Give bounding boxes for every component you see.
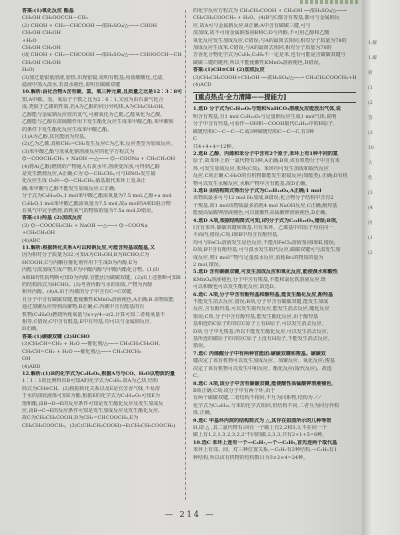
text-line: (4)ACD <box>193 82 356 89</box>
text-line: 决定了该有机物可以发生中和反应、酯化反应(取代反应)。故选 <box>193 366 356 373</box>
text-line: CH₂OH CH₂OH <box>22 60 182 67</box>
text-line: OH <box>22 356 182 363</box>
text-line: Ⅰ含有苯环,碳碳双键和羰基,只有苯环、乙烯基中的原子均在同一 <box>193 225 356 232</box>
text-line: 12.解析:(1)B的化学式为C₂H₂O₂,根据A与与CO、H₂O以物质的量 <box>22 371 182 378</box>
text-line: CH₂OH CH₂OH <box>22 30 182 37</box>
text-line: 机物(C₃H₄O)燃烧所耗氧量与x+y/4−z/2,计算可知二者耗氧量不 <box>22 312 182 319</box>
text-line: 是发生燃烧反应,A正确;C为 ⌬—CH₂CH₃,可与HNO₃发生硝 <box>22 171 182 178</box>
text-line: 8.选C A项,该分子中含有碳碳双键,能使酸性高锰酸钾溶液褪色, <box>193 381 356 388</box>
text-line: (或 CHOH + CH₂—CHCOOH ──浓H₂SO₄/△──→ CHOOC… <box>22 52 182 59</box>
text-line: D项,Ⅱ中含有酚羟基,可与溴水发生取代反应,碳碳双键可与溴发生加 <box>193 247 356 254</box>
text-line: C。 <box>193 373 356 380</box>
right-column: 的化学反应方程式为 CH₃CH₂COOH + CH₃OH ──浓H₂SO₄/△─… <box>193 8 356 462</box>
margin-text: 答 <box>368 115 398 122</box>
text-line: 原子,故苯环上的一氯代物有3种,A正确;B项,该有机物分子中含有苯 <box>193 158 356 165</box>
text-line: 碳上有1,2,1,3,2,3,2,2'不同的碳,2,3,3,共有2+1+5=8种… <box>193 432 356 439</box>
text-line: (3) ⌬—COOCH₂CH₃ + NaOH ──△──→ ⌬—COONa <box>22 223 182 230</box>
text-line: 成反应,则1 mol产物与足量溴水反应,消耗Br₂的物质的量为 <box>193 255 356 262</box>
text-line: 应,故A可与金属钠反应;B正确;A中含有碳碳三键,可与 <box>193 23 356 30</box>
text-line: CH₃CH₂COOCH₃。(3)C(CH₃CH₂COOH)→E(CH₃CH₂CO… <box>22 423 182 430</box>
text-line: (2) CHOH + CH₂—CHCOOH ──浓H₂SO₄/△──→ CHOH <box>22 23 182 30</box>
section-heading: [重点热点·全力清障——提能力] <box>193 92 356 103</box>
text-line: CH₃CH=CH₂ + H₂O ──催化剂/△──→ CH₃CHCH₃ <box>22 349 182 356</box>
text-line: +H₂O <box>22 38 182 45</box>
text-line: 知,A中碳、氢、氧原子个数之比为2∶6∶1,又因为由石油气化合 <box>22 97 182 104</box>
text-line: 的结构简式为HCHO。(3)考查丙醇与水的加成,产物为丙醇 <box>22 282 182 289</box>
text-line: 确;苯甲酸与乙醇不能发生加成反应,C正确; <box>22 186 182 193</box>
margin-text: (4 <box>368 205 398 212</box>
text-line: 有两个碳碳双键,二者结构不相同,不互为同系物,结构为 ⟋⟋ <box>193 395 356 402</box>
text-line: 6.选C A项,分子中含有酚羟基和醇羟基,能发生酯化反应,酚羟基 <box>193 292 356 299</box>
page-number: — 214 — <box>165 510 215 519</box>
margin-text: (1 <box>368 85 398 92</box>
text-line: 反应,C项正确;C₇H₆O的有机物都能发生银镜反应(如醛类),正确;D有机 <box>193 173 356 180</box>
text-line: 在氧气中完全燃烧,消耗氧气的物质的量为7.5a mol,D错误。 <box>22 208 182 215</box>
text-line: 简式为CH≡CH。(2)根据转化关系以及E是有芳香气味,不易溶 <box>22 386 182 393</box>
text-line: 化反应生成 O₂N—⌬—CH₂CH₃,硝基取代苯环上氢,B正 <box>22 178 182 185</box>
text-line: 氧化反应发生加成反应,C错误;与A的最简式相同,相对分子质量为78的 <box>193 38 356 45</box>
text-line: 7.选C 丙烯酸分子中有两种官能团:碳碳双键和羧基。碳碳双 <box>193 351 356 358</box>
margin-text: (3 <box>368 130 398 137</box>
text-line: 种结构,所以该有机物的结构数目为3×2×4=24种。 <box>193 455 356 462</box>
text-line: 且分子中含有碳碳双键,能使酸性KMnO₄溶液褪色,A正确;B.该物质能 <box>22 297 182 304</box>
margin-text: (2 <box>368 250 398 257</box>
margin-text: 1.解 <box>368 55 398 62</box>
text-line: 答案:(1)CH≡CH (2)加成反应 <box>193 67 356 74</box>
text-line: 基相连的C原子的邻位C原子上有H原子,可以发生消去反应, <box>193 321 356 328</box>
text-line: (1)A为乙醇,其官能团为羟基。 <box>22 134 182 141</box>
margin-text: 丙 <box>368 220 398 227</box>
text-line: 故C为CH₃CH₂COOH,D为CH₂=CHCOOCH₃,E为 <box>22 415 182 422</box>
text-line: 该物质最多可与12 mol H₂加成,B错误;化合物分子结构中含有2 <box>193 195 356 202</box>
text-line: 通过加聚反应得到高聚物;B正确;C.丙烯中含有醛基的有 <box>22 304 182 311</box>
text-line: 碳碳三键的链烃,所以不能使酸性KMnO₄溶液褪色,D错误。 <box>193 60 356 67</box>
text-line: (3)CH₃CH₂COOH+CH₃OH ──浓H₂SO₄/△──→ CH₃CH₂… <box>193 75 356 82</box>
text-line: C <box>193 136 356 143</box>
text-line: 9.选C 甲基环丙烷的结构简式为 △,其存在如图所示的几种等效 <box>193 418 356 425</box>
margin-text: 1.解 <box>368 40 398 47</box>
margin-text: 化 <box>368 175 398 182</box>
text-line: (4)ABD <box>22 364 182 371</box>
margin-text: (2 <box>368 100 398 107</box>
text-line: 溴加成,故不可用金属钠鉴别B和C;D与丙醇,不可用乙醇和乙酸 <box>193 30 356 37</box>
text-line: 乙酸能与乙醇在浓硫酸作用下发生酯化反应生成苯甲酸乙酯,苯甲酸和 <box>22 119 182 126</box>
text-line: 饱和酯,由B→D→E的反应条件可知是发生酯化反应及发生加成反 <box>22 401 182 408</box>
text-line: 分子中含有羟基,可看作—OH和—COOH取代C₄H₁₀中的H原子, <box>193 121 356 128</box>
text-line: C₂H₆O,1 mol苯甲酸乙酯需氧量为7.5 mol,故a mol的A和D混合… <box>22 201 182 208</box>
text-line: 共4+4+4=12种。 <box>193 144 356 151</box>
text-line: 于水的油状液体可知E为酯,根据E的化学式为C₅H₁₀O₂可知E为 <box>22 393 182 400</box>
text-line: 加成反应生成苯,C错误;与A的最简式相同,相对分子质量为78的 <box>193 45 356 52</box>
text-line: 答案:(1)羟基 (2)加成反应 <box>22 215 182 222</box>
text-line: 应,由B→C→E的反应条件可知是发生加成反应及发生酯化反应, <box>22 408 182 415</box>
right-margin-notes: 1.解1.解析(1(2答(310大化(3(4丙(1(2 <box>368 40 398 265</box>
text-line: 答案:(1)碳碳双键 (2)HCHO <box>22 334 182 341</box>
text-line: 物可以发生水解反应,水解产物中含有醛基,故D正确。 <box>193 181 356 188</box>
text-line: 键决定了该有机物可以发生加成反应、加聚反应、氧化反应;羧基 <box>193 358 356 365</box>
text-line: (3)加过量银氨溶液,加热,出现银镜,说明有醛基;用盐酸酸化,过滤, <box>22 75 182 82</box>
page-top-decoration <box>300 0 360 4</box>
text-line: 体,正确。 <box>193 410 356 417</box>
text-line: 的化学反应方程式为 CH₃CH₂COOH + CH₃OH ──浓H₂SO₄/△─… <box>193 8 356 15</box>
margin-text: 析 <box>368 70 398 77</box>
text-line: 成,类似于乙烯的性质,若A为乙醇的同分异构体,A为CH₃CH₂OH, <box>22 104 182 111</box>
text-line: 芳香化合物化学式为C₆H₆,C₆H₆不一定是苯,也有可能是含碳碳双键与 <box>193 52 356 59</box>
text-line: D正确。 <box>22 326 182 333</box>
text-line: 错误;C项,分子中含有醇羟基,能发生酯化反应,由于醇羟基 <box>193 314 356 321</box>
text-line: CH₂OH CH₂OH <box>22 45 182 52</box>
text-line: D项,分子中无羧基,所以不能发生酯化反应,可以发生消去反应, <box>193 329 356 336</box>
text-line: 错误。 <box>193 343 356 350</box>
margin-text: 10 <box>368 145 398 152</box>
text-line: (4)ABC <box>22 238 182 245</box>
text-line: 分子式为C₉H₁₀O₂,1 mol苯甲酸乙酯需氧量为7.5 mol,乙醇+a m… <box>22 193 182 200</box>
left-column: 答案:(1)氧化反应 酯基 CH₂OH CH₂OOCCH—CH₂(2) CHOH… <box>22 8 182 430</box>
text-line: 1.选D 分子式为C₅H₁₀O₂与饱和NaHCO₃溶液反应能放出气体,说 <box>193 106 356 113</box>
text-line: 2.选B 乙醇、丙烯和苯分子中含有2个原子,苯环上有1种不同的氢 <box>193 151 356 158</box>
text-line: 2 mol,错误。 <box>193 262 356 269</box>
text-line: (3)苯甲酸乙酯与氢氧化钠溶液反应的化学方程式为 <box>22 149 182 156</box>
text-line: 10.选C 苯环上连有一个—C₃H₇,—个—C₂H₅,首先连两个取代基 <box>193 440 356 447</box>
text-line: 碳链结构C—C—C—C,或3种碳链结构C—C—C,有3种 <box>193 129 356 136</box>
text-line: 反应,含有醇羟基,可以发生取代反应,能发生消去反应,酯化反应 <box>193 306 356 313</box>
margin-text: 大 <box>368 160 398 167</box>
text-line: ⌬—COOCH₂CH₃ + NaOH ──△──→ ⌬—COONa + CH₃C… <box>22 156 182 163</box>
text-line: (2)乙为乙烯,其和CH₂=CH₂发生反应C为乙苯,反应类型为加成反应。 <box>22 141 182 148</box>
text-line: CH₂OH CH₂OOCCH—CH₂ <box>22 15 182 22</box>
text-line: (4)将A(乙醇)燃烧的产物通入石灰水中,溶液变浑浊,可得到乙醇 <box>22 164 182 171</box>
text-line: 化学式为C₁₀H₁₆,与苯的化学式相同,但结构不同,二者互为同分异构 <box>193 403 356 410</box>
text-line: 的条件下发生酯化反应生成苯甲酸乙酯。 <box>22 127 182 134</box>
text-line: 相等,C错误;C中含有醛基,E中有羟基,均可以与金属钠反应, <box>22 319 182 326</box>
text-line: 5.选D 含有碳碳双键,可发生加成反应和氧化反应,能使溴水和酸性 <box>193 269 356 276</box>
text-line: A和B的性质判断可知D为丙醇,官能团为碳碳双键。(2)由上述推断可知B <box>22 275 182 282</box>
text-line: 乙醇能与金属钠反应放出氢气,可被氧化为乙醛,乙醛氧化为乙酸。 <box>22 112 182 119</box>
text-line: 平面内,错误;C项,Ⅰ和Ⅱ中均含有酚羟基, <box>193 232 356 239</box>
text-line: 个羧基,故1 mol该物质最多消耗4 mol NaOH反应,C正确;酚羟基 <box>193 203 356 210</box>
text-line: 答案:(1)氧化反应 酯基 <box>22 8 182 15</box>
margin-text: (1 <box>368 235 398 242</box>
text-line: H₂O) <box>22 67 182 74</box>
text-line: 苯环上有邻、间、对三种位置关系,—C₃H₇有2种结构,—C₂H₅有1 <box>193 447 356 454</box>
text-line: H,即 △ ,其二氯代物有:同在一个碳上有2,2和3,3,不在同一个 <box>193 425 356 432</box>
text-line: (3)CH₃CH=CH₂ + H₂O ──催化剂/△──→ CH₃CH₂CH₂O… <box>22 341 182 348</box>
text-line: 丙醛与溴加成生成产物,F为甲酸丙醇与甲酸丙酯化合物。(1)由 <box>22 267 182 274</box>
text-line: 1∶1∶1的比例得出B可知A的化学式为C₂H₂,故A为乙炔,结构 <box>22 378 182 385</box>
text-line: 滤液中加入溴水,若溴水褪色,说明有碳碳双键 <box>22 82 182 89</box>
text-line: CH₃CH₂COOCH₃ + H₂O。(4)B与C都含有羧基,都可与金属钠反 <box>193 15 356 22</box>
column-divider <box>185 10 186 500</box>
text-line: 因为相对分子质量为32,可知A为CH₃OH,B为HCHO,C为 <box>22 252 182 259</box>
text-line: 可以和酸也可以发生酯化反应,故选D。 <box>193 284 356 291</box>
text-line: 和异丙醇。(4)A.由于丙烯的分子中含有C=C双键, <box>22 289 182 296</box>
text-line: +CH₃CH₂OH <box>22 230 182 237</box>
text-line: 11.解析:根据转化关系A可以和钠反应,可能含羟基或醛基,又 <box>22 245 182 252</box>
text-line: 基所连的碳原子的邻位C原子上没有H原子,不能发生消去反应, <box>193 336 356 343</box>
text-line: HCOOH,C与丙酮在催化剂作用下生成D为丙醇,E为 <box>22 260 182 267</box>
text-line: 均可与FeCl₃溶液发生显色反应,不能用FeCl₃溶液鉴别Ⅰ和Ⅱ,错误; <box>193 240 356 247</box>
margin-text: (3 <box>368 190 398 197</box>
text-line: 10.解析:由化合物A含有碳、氢、氧三种元素,且质量之比是12∶3∶8可 <box>22 89 182 96</box>
text-line: 环,可发生加成反应,苯环(C项)、苯环均可发生加成和取代反应 <box>193 166 356 173</box>
text-line: 不能发生消去反应,错误;B项,分子中含有碳碳双键,能发生加成 <box>193 299 356 306</box>
text-line: 4.选D A项,根据结构简式可知,Ⅰ的分子式为C₁₃H₁₂O₃,错误;B项, <box>193 218 356 225</box>
text-line: B项正确,C项,该分子中有两个环,由于 <box>193 388 356 395</box>
text-line: 能使高锰酸钾溶液褪色,可以使酸性高锰酸钾溶液褪色,D正确。 <box>193 210 356 217</box>
text-line: 3.选B 由结构简式得出分子式为C₁₆H₁₄O₄,A正确;1 mol <box>193 188 356 195</box>
text-line: KMnO₄溶液褪色,分子中含有羧基,不能和氯化铁溶液反应,既 <box>193 277 356 284</box>
text-line: 明含有羧基,且1 mol C₅H₁₀O₂与足量钠反应生成1 mol气体,说明 <box>193 114 356 121</box>
